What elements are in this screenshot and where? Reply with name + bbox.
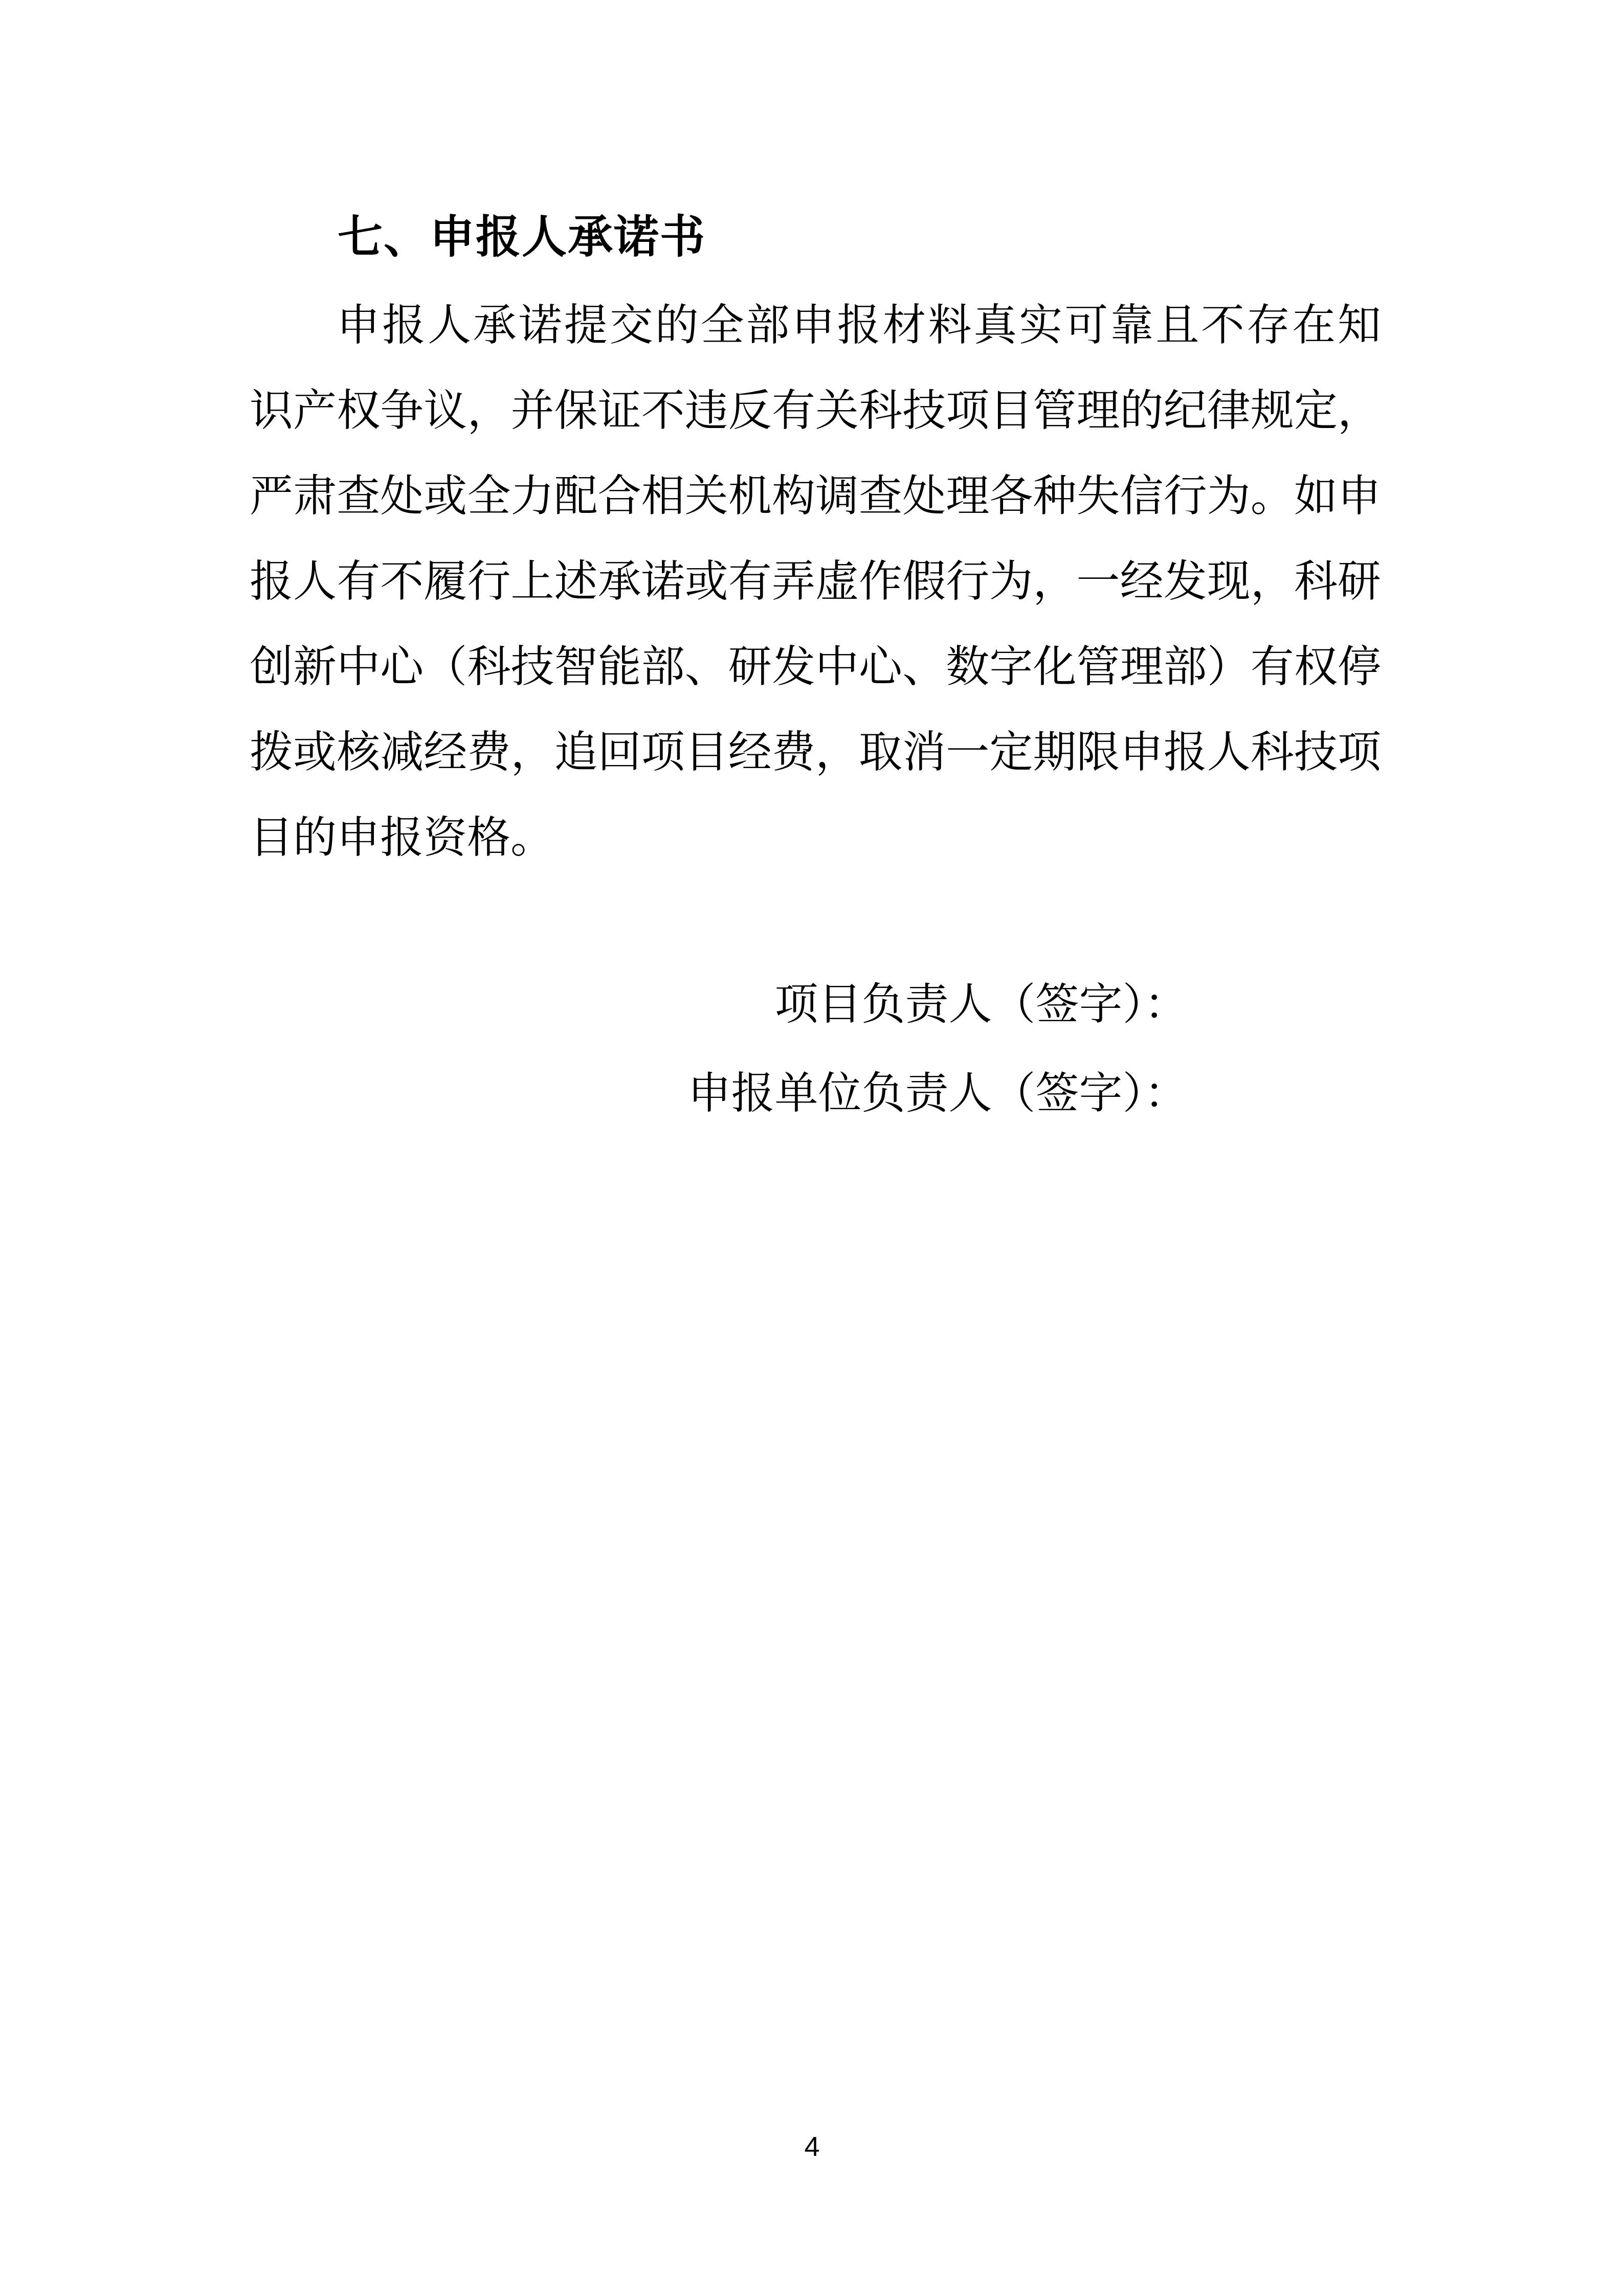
signature-block: 项目负责人（签字）： 申报单位负责人（签字）： bbox=[687, 960, 1188, 1138]
document-page: 七、申报人承诺书 申报人承诺提交的全部申报材料真实可靠且不存在知 识产权争议，并… bbox=[0, 0, 1624, 2296]
signature-project-leader-label: 项目负责人（签字）： bbox=[687, 960, 1188, 1049]
paragraph-line: 创新中心（科技智能部、研发中心、数字化管理部）有权停 bbox=[250, 625, 1381, 710]
page-number: 4 bbox=[0, 2132, 1624, 2161]
section-title: 七、申报人承诺书 bbox=[338, 211, 706, 262]
paragraph-line: 目的申报资格。 bbox=[250, 796, 1381, 881]
paragraph-line: 报人有不履行上述承诺或有弄虚作假行为，一经发现，科研 bbox=[250, 539, 1381, 625]
signature-unit-leader-label: 申报单位负责人（签字）： bbox=[687, 1049, 1188, 1138]
paragraph-line: 严肃查处或全力配合相关机构调查处理各种失信行为。如申 bbox=[250, 454, 1381, 539]
paragraph-line: 申报人承诺提交的全部申报材料真实可靠且不存在知 bbox=[250, 283, 1381, 369]
paragraph-line: 拨或核减经费，追回项目经费，取消一定期限申报人科技项 bbox=[250, 710, 1381, 796]
commitment-paragraph: 申报人承诺提交的全部申报材料真实可靠且不存在知 识产权争议，并保证不违反有关科技… bbox=[250, 283, 1381, 881]
paragraph-line: 识产权争议，并保证不违反有关科技项目管理的纪律规定， bbox=[250, 369, 1381, 454]
